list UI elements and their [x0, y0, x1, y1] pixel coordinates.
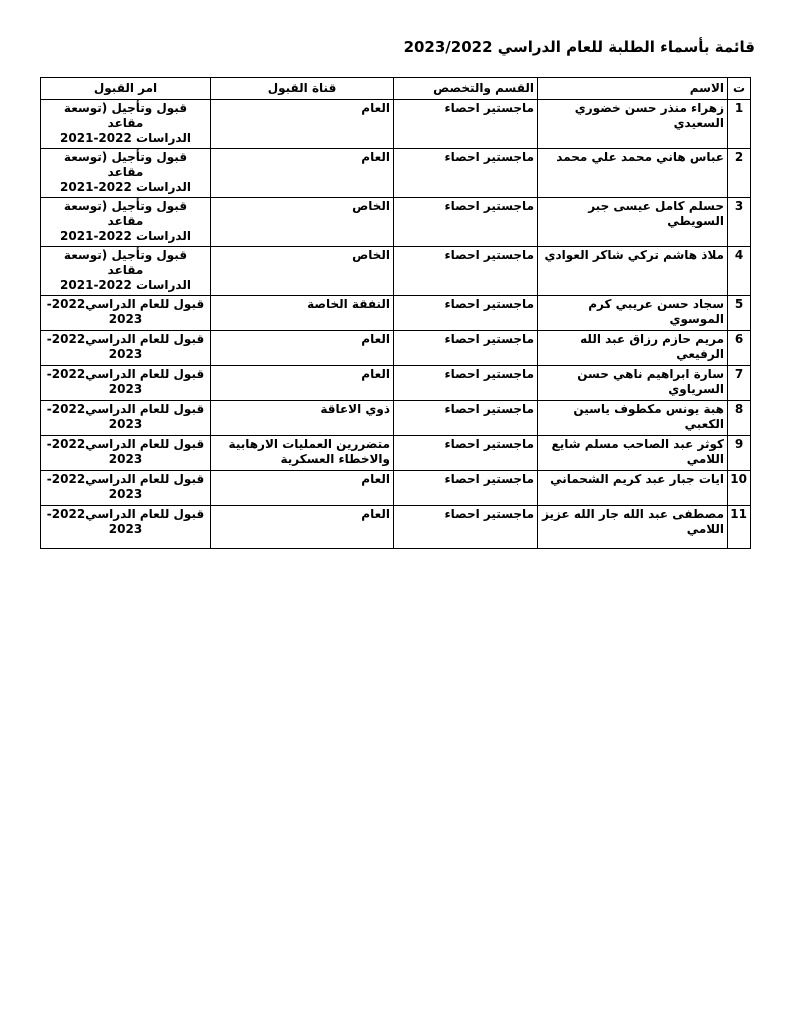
cell-dept: ماجستير احصاء — [394, 198, 538, 247]
cell-order: قبول للعام الدراسي2022- 2023 — [41, 471, 211, 506]
table-row: 2 عباس هاني محمد علي محمد ماجستير احصاء … — [41, 149, 751, 198]
cell-channel: العام — [211, 366, 394, 401]
cell-name: مصطفى عبد الله جار الله عزيز اللامي — [538, 506, 728, 549]
cell-no: 9 — [728, 436, 751, 471]
cell-dept: ماجستير احصاء — [394, 331, 538, 366]
cell-no: 10 — [728, 471, 751, 506]
table-row: 9 كوثر عبد الصاحب مسلم شايع اللامي ماجست… — [41, 436, 751, 471]
cell-dept: ماجستير احصاء — [394, 506, 538, 549]
cell-name: زهراء منذر حسن خضوري السعيدي — [538, 100, 728, 149]
cell-dept: ماجستير احصاء — [394, 247, 538, 296]
cell-channel: النفقة الخاصة — [211, 296, 394, 331]
cell-channel: العام — [211, 506, 394, 549]
table-row: 3 حسلم كامل عيسى جبر السويطي ماجستير احص… — [41, 198, 751, 247]
cell-order: قبول للعام الدراسي2022- 2023 — [41, 331, 211, 366]
table-row: 11 مصطفى عبد الله جار الله عزيز اللامي م… — [41, 506, 751, 549]
cell-order: قبول للعام الدراسي2022- 2023 — [41, 436, 211, 471]
cell-name: عباس هاني محمد علي محمد — [538, 149, 728, 198]
cell-channel: الخاص — [211, 198, 394, 247]
cell-order: قبول للعام الدراسي2022- 2023 — [41, 506, 211, 549]
header-cell-order: امر القبول — [41, 78, 211, 100]
header-cell-dept: القسم والتخصص — [394, 78, 538, 100]
cell-channel: العام — [211, 100, 394, 149]
cell-no: 7 — [728, 366, 751, 401]
cell-order: قبول وتأجيل (توسعة مقاعد الدراسات 2022-2… — [41, 100, 211, 149]
cell-no: 6 — [728, 331, 751, 366]
cell-order: قبول وتأجيل (توسعة مقاعد الدراسات 2022-2… — [41, 149, 211, 198]
cell-name: كوثر عبد الصاحب مسلم شايع اللامي — [538, 436, 728, 471]
cell-name: حسلم كامل عيسى جبر السويطي — [538, 198, 728, 247]
cell-no: 3 — [728, 198, 751, 247]
cell-channel: ذوي الاعاقة — [211, 401, 394, 436]
table-row: 7 سارة ابراهيم ناهي حسن السرياوي ماجستير… — [41, 366, 751, 401]
cell-no: 1 — [728, 100, 751, 149]
cell-dept: ماجستير احصاء — [394, 149, 538, 198]
table-row: 4 ملاذ هاشم تركي شاكر العوادي ماجستير اح… — [41, 247, 751, 296]
cell-dept: ماجستير احصاء — [394, 401, 538, 436]
header-cell-channel: قناة القبول — [211, 78, 394, 100]
cell-name: ايات جبار عبد كريم الشحماني — [538, 471, 728, 506]
table-header-row: ت الاسم القسم والتخصص قناة القبول امر ال… — [41, 78, 751, 100]
cell-order: قبول وتأجيل (توسعة مقاعد الدراسات 2022-2… — [41, 198, 211, 247]
cell-no: 11 — [728, 506, 751, 549]
cell-channel: العام — [211, 331, 394, 366]
cell-name: ملاذ هاشم تركي شاكر العوادي — [538, 247, 728, 296]
cell-name: سجاد حسن عريبي كرم الموسوي — [538, 296, 728, 331]
cell-channel: متضررين العمليات الارهابية والاخطاء العس… — [211, 436, 394, 471]
cell-name: هبة يونس مكطوف ياسين الكعبي — [538, 401, 728, 436]
table-row: 8 هبة يونس مكطوف ياسين الكعبي ماجستير اح… — [41, 401, 751, 436]
cell-name: سارة ابراهيم ناهي حسن السرياوي — [538, 366, 728, 401]
table-row: 10 ايات جبار عبد كريم الشحماني ماجستير ا… — [41, 471, 751, 506]
cell-channel: العام — [211, 149, 394, 198]
cell-channel: الخاص — [211, 247, 394, 296]
header-cell-no: ت — [728, 78, 751, 100]
cell-no: 2 — [728, 149, 751, 198]
cell-dept: ماجستير احصاء — [394, 100, 538, 149]
cell-dept: ماجستير احصاء — [394, 436, 538, 471]
cell-dept: ماجستير احصاء — [394, 471, 538, 506]
cell-order: قبول وتأجيل (توسعة مقاعد الدراسات 2022-2… — [41, 247, 211, 296]
cell-no: 5 — [728, 296, 751, 331]
cell-order: قبول للعام الدراسي2022- 2023 — [41, 366, 211, 401]
cell-dept: ماجستير احصاء — [394, 296, 538, 331]
cell-order: قبول للعام الدراسي2022- 2023 — [41, 296, 211, 331]
table-row: 5 سجاد حسن عريبي كرم الموسوي ماجستير احص… — [41, 296, 751, 331]
students-table: ت الاسم القسم والتخصص قناة القبول امر ال… — [40, 77, 751, 549]
cell-channel: العام — [211, 471, 394, 506]
cell-name: مريم حازم رزاق عبد الله الرفيعي — [538, 331, 728, 366]
header-cell-name: الاسم — [538, 78, 728, 100]
table-row: 1 زهراء منذر حسن خضوري السعيدي ماجستير ا… — [41, 100, 751, 149]
cell-no: 8 — [728, 401, 751, 436]
cell-no: 4 — [728, 247, 751, 296]
cell-dept: ماجستير احصاء — [394, 366, 538, 401]
table-row: 6 مريم حازم رزاق عبد الله الرفيعي ماجستي… — [41, 331, 751, 366]
page-title: قائمة بأسماء الطلبة للعام الدراسي 2023/2… — [404, 38, 755, 56]
cell-order: قبول للعام الدراسي2022- 2023 — [41, 401, 211, 436]
